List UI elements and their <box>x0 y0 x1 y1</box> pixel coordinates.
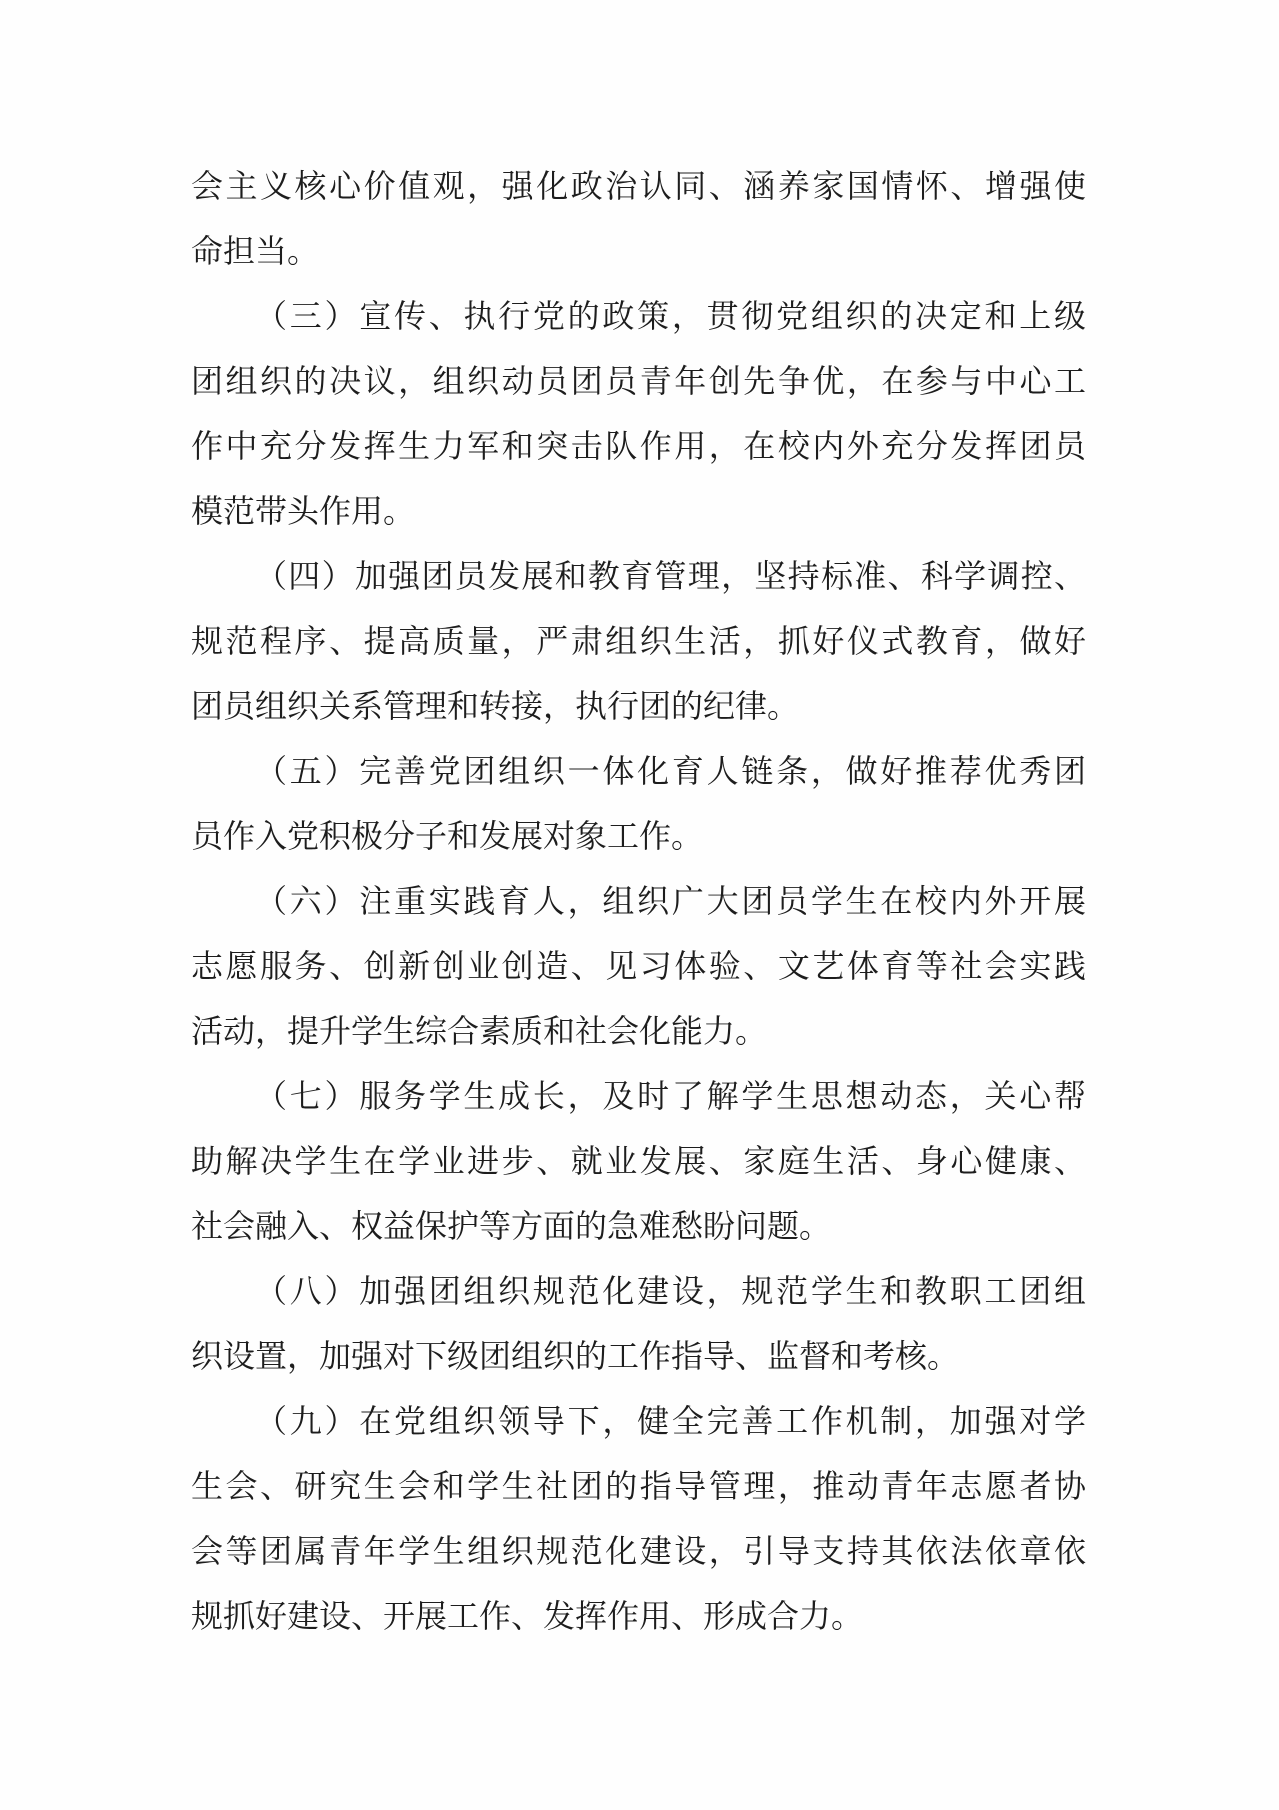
text-line: 规范程序、提高质量，严肃组织生活，抓好仪式教育，做好 <box>191 609 1086 674</box>
text-line: 织设置，加强对下级团组织的工作指导、监督和考核。 <box>191 1324 1086 1389</box>
text-line: 助解决学生在学业进步、就业发展、家庭生活、身心健康、 <box>191 1129 1086 1194</box>
text-line: （四）加强团员发展和教育管理，坚持标准、科学调控、 <box>191 544 1086 609</box>
text-line: 生会、研究生会和学生社团的指导管理，推动青年志愿者协 <box>191 1454 1086 1519</box>
text-line: 会主义核心价值观，强化政治认同、涵养家国情怀、增强使 <box>191 154 1086 219</box>
text-block: 会主义核心价值观，强化政治认同、涵养家国情怀、增强使 命担当。 （三）宣传、执行… <box>191 154 1086 1649</box>
text-line: 作中充分发挥生力军和突击队作用，在校内外充分发挥团员 <box>191 414 1086 479</box>
text-line: （六）注重实践育人，组织广大团员学生在校内外开展 <box>191 869 1086 934</box>
text-line: （五）完善党团组织一体化育人链条，做好推荐优秀团 <box>191 739 1086 804</box>
text-line: 员作入党积极分子和发展对象工作。 <box>191 804 1086 869</box>
text-line: 模范带头作用。 <box>191 479 1086 544</box>
text-line: （八）加强团组织规范化建设，规范学生和教职工团组 <box>191 1259 1086 1324</box>
document-page: 会主义核心价值观，强化政治认同、涵养家国情怀、增强使 命担当。 （三）宣传、执行… <box>0 0 1279 1810</box>
text-line: 会等团属青年学生组织规范化建设，引导支持其依法依章依 <box>191 1519 1086 1584</box>
text-line: 团员组织关系管理和转接，执行团的纪律。 <box>191 674 1086 739</box>
text-line: （七）服务学生成长，及时了解学生思想动态，关心帮 <box>191 1064 1086 1129</box>
text-line: 志愿服务、创新创业创造、见习体验、文艺体育等社会实践 <box>191 934 1086 999</box>
text-line: 规抓好建设、开展工作、发挥作用、形成合力。 <box>191 1584 1086 1649</box>
text-line: 活动，提升学生综合素质和社会化能力。 <box>191 999 1086 1064</box>
text-line: 团组织的决议，组织动员团员青年创先争优，在参与中心工 <box>191 349 1086 414</box>
text-line: 命担当。 <box>191 219 1086 284</box>
text-line: （九）在党组织领导下，健全完善工作机制，加强对学 <box>191 1389 1086 1454</box>
text-line: （三）宣传、执行党的政策，贯彻党组织的决定和上级 <box>191 284 1086 349</box>
text-line: 社会融入、权益保护等方面的急难愁盼问题。 <box>191 1194 1086 1259</box>
